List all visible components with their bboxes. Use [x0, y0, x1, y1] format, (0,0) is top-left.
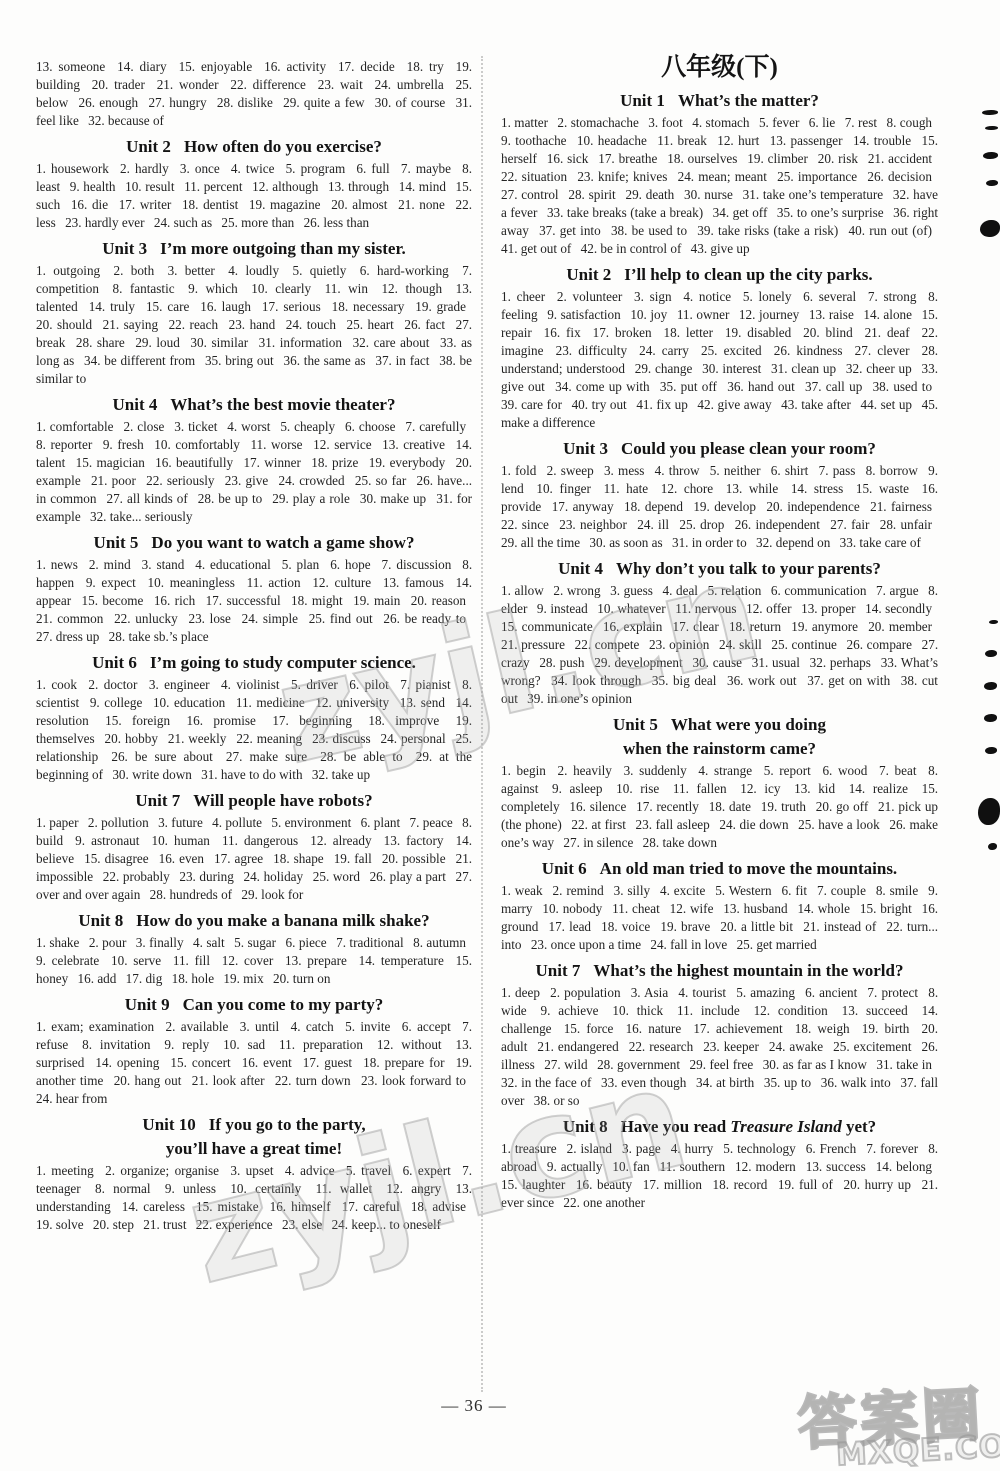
word-item: 6. lie — [809, 115, 836, 130]
word-item: 12. hurt — [717, 133, 759, 148]
word-item: 27. make sure — [226, 749, 307, 764]
word-item: 6. hope — [330, 557, 370, 572]
word-item: 10. clearly — [251, 281, 311, 296]
word-item: 26. less than — [304, 215, 370, 230]
word-item: 16. rich — [154, 593, 195, 608]
word-item: 16. himself — [270, 1199, 331, 1214]
unit-number: Unit 5 — [94, 533, 139, 552]
unit-number: Unit 2 — [126, 137, 171, 156]
word-item: 32. depend on — [756, 535, 830, 550]
word-item: 4. tourist — [678, 985, 726, 1000]
word-item: 31. clean up — [771, 361, 836, 376]
word-item: 22. since — [501, 517, 549, 532]
unit-block: Unit 3Could you please clean your room? … — [501, 438, 938, 552]
word-item: 2. island — [567, 1141, 612, 1156]
word-item: 16. die — [71, 197, 108, 212]
word-item: 18. depend — [624, 499, 683, 514]
word-item: 13. through — [328, 179, 389, 194]
word-item: 41. fix up — [636, 397, 687, 412]
word-item: 4. twice — [231, 161, 275, 176]
word-item: 42. give away — [697, 397, 771, 412]
word-item: 5. driver — [291, 677, 338, 692]
unit-heading: Unit 5Do you want to watch a game show? — [36, 532, 472, 554]
word-item: 6. pilot — [349, 677, 389, 692]
word-item: 17. breathe — [598, 151, 657, 166]
word-item: 15. magician — [76, 455, 145, 470]
word-list: 1. meeting 2. organize; organise 3. upse… — [36, 1162, 472, 1234]
word-item: 37. call up — [805, 379, 862, 394]
word-item: 13. send — [400, 695, 445, 710]
word-item: 17. recently — [636, 799, 699, 814]
word-item: 31. information — [259, 335, 342, 350]
word-item: 43. give up — [691, 241, 750, 256]
unit-number: Unit 2 — [566, 265, 611, 284]
word-item: 14. stress — [791, 481, 843, 496]
word-item: 32. cheer up — [846, 361, 912, 376]
word-item: 28. take down — [643, 835, 717, 850]
word-item: 13. husband — [723, 901, 787, 916]
unit-heading: Unit 7What’s the highest mountain in the… — [501, 960, 938, 982]
word-item: 16. laugh — [200, 299, 251, 314]
word-item: 17. guest — [303, 1055, 352, 1070]
word-item: 2. close — [123, 419, 164, 434]
word-item: 14. temperature — [359, 953, 444, 968]
word-item: 16. explain — [603, 619, 662, 634]
word-item: 9. which — [188, 281, 238, 296]
word-item: 8. smile — [876, 883, 918, 898]
word-item: 3. better — [168, 263, 215, 278]
word-item: 22. difference — [230, 77, 306, 92]
word-item: 26. independent — [735, 517, 820, 532]
word-item: 20. hang out — [114, 1073, 182, 1088]
word-item: 16. event — [242, 1055, 292, 1070]
word-item: 18. advise — [411, 1199, 466, 1214]
word-item: 17. clear — [673, 619, 719, 634]
word-item: 19. main — [353, 593, 400, 608]
word-item: 24. hear from — [36, 1091, 107, 1106]
word-item: 7. forever — [866, 1141, 918, 1156]
word-item: 6. ancient — [805, 985, 857, 1000]
word-item: 12. offer — [746, 601, 791, 616]
word-item: 13. while — [726, 481, 778, 496]
edge-ink-mark — [989, 620, 998, 624]
word-item: 12. without — [377, 1037, 442, 1052]
unit-title: What’s the highest mountain in the world… — [593, 961, 903, 980]
word-item: 12. chore — [661, 481, 713, 496]
unit-number: Unit 7 — [535, 961, 580, 980]
word-item: 2. wrong — [553, 583, 600, 598]
word-item: 28. take sb.’s place — [109, 629, 209, 644]
word-item: 5. Western — [715, 883, 771, 898]
word-item: 24. awake — [769, 1039, 823, 1054]
word-item: 21. trust — [143, 1217, 186, 1232]
word-item: 21. weekly — [168, 731, 227, 746]
word-item: 3. guess — [610, 583, 653, 598]
word-item: 24. fall in love — [650, 937, 727, 952]
word-item: 26. be sure about — [111, 749, 212, 764]
unit-number: Unit 3 — [563, 439, 608, 458]
word-item: 12. university — [315, 695, 389, 710]
word-item: 22. turn down — [275, 1073, 351, 1088]
word-item: 24. ill — [637, 517, 669, 532]
word-item: 21. fairness — [870, 499, 932, 514]
word-item: 7. argue — [876, 583, 919, 598]
word-item: 9. college — [90, 695, 143, 710]
word-item: 28. push — [539, 655, 584, 670]
word-item: 10. comfortably — [154, 437, 240, 452]
word-item: 26. play a part — [370, 869, 446, 884]
word-item: 15. force — [564, 1021, 614, 1036]
word-item: 17. successful — [206, 593, 281, 608]
word-item: 27. dress up — [36, 629, 99, 644]
word-item: 9. actually — [547, 1159, 603, 1174]
word-item: 17. agree — [214, 851, 263, 866]
word-item: 24. umbrella — [375, 77, 444, 92]
word-item: 22. research — [629, 1039, 693, 1054]
word-item: 28. government — [597, 1057, 680, 1072]
edge-ink-mark — [982, 110, 998, 115]
unit-number: Unit 6 — [542, 859, 587, 878]
word-item: 1. housework — [36, 161, 109, 176]
word-item: 19. anymore — [791, 619, 858, 634]
word-list: 1. news 2. mind 3. stand 4. educational … — [36, 556, 472, 646]
word-item: 29. development — [594, 655, 682, 670]
unit-block: Unit 6I’m going to study computer scienc… — [36, 652, 472, 784]
word-item: 17. dig — [126, 971, 163, 986]
word-item: 22. situation — [501, 169, 567, 184]
word-item: 20. hurry up — [844, 1177, 911, 1192]
word-item: 3. stand — [142, 557, 185, 572]
word-item: 4. notice — [683, 289, 731, 304]
word-item: 22. unlucky — [114, 611, 178, 626]
word-item: 10. joy — [630, 307, 667, 322]
word-item: 22. experience — [196, 1217, 273, 1232]
unit-title-line2: when the rainstorm came? — [501, 738, 938, 760]
word-item: 11. nervous — [675, 601, 736, 616]
word-item: 6. wood — [822, 763, 867, 778]
word-item: 2. volunteer — [557, 289, 622, 304]
word-item: 3. ticket — [174, 419, 217, 434]
word-item: 5. plan — [282, 557, 320, 572]
word-item: 20. independence — [766, 499, 859, 514]
unit-number: Unit 7 — [135, 791, 180, 810]
word-item: 32. take... seriously — [90, 509, 193, 524]
word-list: 1. matter 2. stomachache 3. foot 4. stom… — [501, 114, 938, 258]
unit-block: Unit 8How do you make a banana milk shak… — [36, 910, 472, 988]
unit-number: Unit 9 — [125, 995, 170, 1014]
word-item: 10. meaningless — [148, 575, 235, 590]
unit-title: I’m going to study computer science. — [150, 653, 416, 672]
word-item: 34. be different from — [84, 353, 195, 368]
word-item: 14. mind — [399, 179, 446, 194]
word-item: 21. pressure — [501, 637, 565, 652]
unit-title: I’ll help to clean up the city parks. — [624, 265, 872, 284]
word-item: 19. mix — [223, 971, 263, 986]
edge-ink-mark — [980, 220, 1000, 237]
word-item: 4. educational — [195, 557, 271, 572]
word-item: 30. interest — [702, 361, 761, 376]
word-item: 1. outgoing — [36, 263, 100, 278]
unit-heading: Unit 7Will people have robots? — [36, 790, 472, 812]
word-item: 17. beginning — [272, 713, 352, 728]
word-item: 5. fever — [759, 115, 799, 130]
word-item: 14. diary — [117, 59, 166, 74]
word-item: 23. difficulty — [556, 343, 627, 358]
unit-block: Unit 7What’s the highest mountain in the… — [501, 960, 938, 1110]
word-item: 5. lonely — [743, 289, 792, 304]
word-item: 22. compete — [575, 637, 640, 652]
word-item: 5. technology — [723, 1141, 795, 1156]
word-item: 1. news — [36, 557, 78, 572]
word-item: 4. hurry — [671, 1141, 713, 1156]
word-list: 1. exam; examination 2. available 3. unt… — [36, 1018, 472, 1108]
word-item: 3. sign — [634, 289, 672, 304]
word-item: 7. traditional — [336, 935, 404, 950]
word-item: 15. care — [146, 299, 189, 314]
word-item: 40. try out — [572, 397, 627, 412]
word-item: 10. nobody — [542, 901, 602, 916]
word-item: 1. meeting — [36, 1163, 94, 1178]
word-item: 10. education — [153, 695, 225, 710]
unit-title: Could you please clean your room? — [621, 439, 876, 458]
unit-number: Unit 8 — [78, 911, 123, 930]
word-item: 18. return — [729, 619, 781, 634]
word-item: 25. importance — [777, 169, 857, 184]
word-item: 1. cook — [36, 677, 77, 692]
left-column: 13. someone 14. diary 15. enjoyable 16. … — [36, 58, 472, 1237]
word-item: 2. both — [114, 263, 155, 278]
word-item: 9. instead — [537, 601, 588, 616]
word-item: 18. date — [709, 799, 751, 814]
word-item: 15. bright — [860, 901, 912, 916]
word-item: 24. skill — [719, 637, 762, 652]
unit-heading: Unit 2I’ll help to clean up the city par… — [501, 264, 938, 286]
word-item: 35. put off — [660, 379, 717, 394]
word-list: 1. allow 2. wrong 3. guess 4. deal 5. re… — [501, 582, 938, 708]
word-item: 15. concert — [170, 1055, 230, 1070]
word-item: 34. at birth — [696, 1075, 754, 1090]
unit-heading: Unit 10If you go to the party, — [36, 1114, 472, 1136]
word-item: 29. loud — [135, 335, 180, 350]
word-item: 9. unless — [165, 1181, 216, 1196]
word-item: 13. famous — [383, 575, 444, 590]
word-item: 17. serious — [262, 299, 321, 314]
word-item: 24. keep... to oneself — [332, 1217, 442, 1232]
word-item: 16. activity — [264, 59, 326, 74]
unit-number: Unit 5 — [613, 715, 658, 734]
word-item: 11. break — [657, 133, 707, 148]
word-item: 2. mind — [89, 557, 131, 572]
word-item: 22. meaning — [236, 731, 302, 746]
word-item: 3. engineer — [149, 677, 210, 692]
word-item: 25. have a look — [798, 817, 880, 832]
edge-ink-mark — [978, 798, 1000, 825]
right-column: 八年级(下) Unit 1What’s the matter? 1. matte… — [501, 52, 938, 1215]
unit-number: Unit 4 — [558, 559, 603, 578]
word-item: 5. travel — [346, 1163, 391, 1178]
word-item: 5. quietly — [293, 263, 347, 278]
word-item: 27. all kinds of — [106, 491, 187, 506]
word-item: 9. expect — [86, 575, 136, 590]
word-item: 15. mistake — [196, 1199, 259, 1214]
unit-block: Unit 4What’s the best movie theater? 1. … — [36, 394, 472, 526]
word-item: 10. whatever — [597, 601, 665, 616]
word-item: 18. letter — [664, 325, 713, 340]
word-item: 9. asleep — [552, 781, 602, 796]
word-item: 2. population — [550, 985, 620, 1000]
word-item: 13. raise — [809, 307, 854, 322]
word-item: 6. fit — [782, 883, 808, 898]
word-item: 10. serve — [111, 953, 161, 968]
word-item: 20. step — [93, 1217, 134, 1232]
section-title-grade8-part2: 八年级(下) — [501, 52, 938, 84]
word-item: 10. human — [151, 833, 209, 848]
word-item: 32. perhaps — [810, 655, 871, 670]
word-item: 5. invite — [345, 1019, 390, 1034]
word-item: 35. up to — [764, 1075, 811, 1090]
word-item: 25. so far — [355, 473, 406, 488]
word-item: 21. look after — [192, 1073, 265, 1088]
word-item: 33. take breaks (take a break) — [547, 205, 703, 220]
word-item: 29. change — [635, 361, 693, 376]
word-item: 7. protect — [867, 985, 918, 1000]
word-item: 19. magazine — [249, 197, 321, 212]
word-item: 1. paper — [36, 815, 79, 830]
word-item: 27. control — [501, 187, 559, 202]
word-item: 4. salt — [193, 935, 225, 950]
word-item: 28. hundreds of — [150, 887, 232, 902]
word-item: 6. communication — [771, 583, 867, 598]
word-item: 12. already — [310, 833, 371, 848]
word-item: 4. strange — [698, 763, 752, 778]
word-item: 16. fix — [544, 325, 581, 340]
word-item: 33. take care of — [840, 535, 921, 550]
word-item: 5. sugar — [234, 935, 276, 950]
word-item: 3. suddenly — [624, 763, 687, 778]
word-item: 18. necessary — [332, 299, 405, 314]
word-item: 2. sweep — [547, 463, 594, 478]
word-item: 16. nature — [626, 1021, 682, 1036]
word-item: 23. give — [225, 473, 268, 488]
word-item: 12. angry — [386, 1181, 441, 1196]
word-item: 21. saying — [103, 317, 158, 332]
word-item: 2. pour — [89, 935, 127, 950]
word-item: 44. set up — [861, 397, 912, 412]
word-item: 18. improve — [368, 713, 439, 728]
word-item: 31. have to do with — [201, 767, 302, 782]
unit-heading: Unit 9Can you come to my party? — [36, 994, 472, 1016]
word-item: 20. possible — [382, 851, 446, 866]
unit-heading: Unit 6An old man tried to move the mount… — [501, 858, 938, 880]
word-item: 17. broken — [593, 325, 652, 340]
word-item: 24. simple — [242, 611, 298, 626]
word-item: 20. almost — [331, 197, 387, 212]
word-item: 1. begin — [501, 763, 546, 778]
word-item: 3. Asia — [631, 985, 668, 1000]
word-item: 39. in one’s opinion — [527, 691, 632, 706]
word-item: 7. strong — [868, 289, 917, 304]
word-item: 32. take up — [312, 767, 370, 782]
word-item: 6. plant — [361, 815, 401, 830]
word-item: 2. stomachache — [557, 115, 638, 130]
column-divider — [481, 56, 483, 1392]
word-item: 17. decide — [338, 59, 395, 74]
word-item: 6. expert — [403, 1163, 451, 1178]
word-item: 2. remind — [553, 883, 604, 898]
word-item: 19. develop — [693, 499, 756, 514]
unit-block: Unit 2I’ll help to clean up the city par… — [501, 264, 938, 432]
word-item: 36. the same as — [284, 353, 366, 368]
word-item: 21. accident — [868, 151, 932, 166]
word-item: 17. lead — [548, 919, 591, 934]
word-item: 23. during — [179, 869, 234, 884]
word-item: 18. hole — [172, 971, 215, 986]
word-item: 14. truly — [89, 299, 135, 314]
word-item: 28. unfair — [880, 517, 932, 532]
word-item: 5. relation — [708, 583, 762, 598]
unit-number: Unit 1 — [620, 91, 665, 110]
word-item: 23. look forward to — [361, 1073, 466, 1088]
word-item: 32. care about — [353, 335, 430, 350]
word-item: 23. lose — [188, 611, 230, 626]
word-item: 21. poor — [91, 473, 136, 488]
word-item: 13. prepare — [285, 953, 347, 968]
word-item: 23. hand — [229, 317, 276, 332]
word-item: 4. stomach — [692, 115, 749, 130]
word-item: 21. common — [36, 611, 103, 626]
unit-heading: Unit 5What were you doing — [501, 714, 938, 736]
unit-title-line2: you’ll have a great time! — [36, 1138, 472, 1160]
word-item: 23. knife; knives — [577, 169, 667, 184]
word-item: 20. should — [36, 317, 92, 332]
unit-title-post: yet? — [842, 1117, 876, 1136]
unit-heading: Unit 8Have you read Treasure Island yet? — [501, 1116, 938, 1138]
unit-title-book-name: Treasure Island — [730, 1117, 841, 1136]
unit-title: Will people have robots? — [193, 791, 372, 810]
word-item: 25. heart — [347, 317, 394, 332]
edge-ink-mark — [988, 843, 997, 850]
word-item: 3. upset — [230, 1163, 273, 1178]
word-item: 31. take one’s temperature — [743, 187, 884, 202]
word-item: 38. used to — [873, 379, 932, 394]
watermark-site-url: MXQE.COM — [835, 1427, 1000, 1471]
unit-title: How do you make a banana milk shake? — [136, 911, 429, 930]
word-item: 6. accept — [402, 1019, 451, 1034]
word-item: 25. word — [313, 869, 360, 884]
word-item: 10. thick — [612, 1003, 663, 1018]
word-item: 21. wonder — [157, 77, 219, 92]
word-item: 30. of course — [375, 95, 445, 110]
word-item: 19. climber — [747, 151, 808, 166]
word-item: 36. work out — [727, 673, 797, 688]
word-item: 27. hungry — [148, 95, 206, 110]
word-item: 21. none — [398, 197, 445, 212]
word-item: 4. advice — [285, 1163, 335, 1178]
word-item: 16. add — [78, 971, 117, 986]
word-item: 21. deaf — [865, 325, 910, 340]
word-list: 1. housework 2. hardly 3. once 4. twice … — [36, 160, 472, 232]
word-item: 28. be up to — [198, 491, 262, 506]
word-item: 7. discussion — [382, 557, 452, 572]
word-item: 23. wait — [318, 77, 363, 92]
word-item: 28. share — [76, 335, 125, 350]
word-item: 2. heavily — [558, 763, 612, 778]
word-item: 5. neither — [710, 463, 761, 478]
word-item: 20. turn on — [273, 971, 331, 986]
word-item: 16. beautifully — [155, 455, 233, 470]
word-item: 11. cheat — [612, 901, 660, 916]
edge-ink-mark — [983, 152, 998, 159]
